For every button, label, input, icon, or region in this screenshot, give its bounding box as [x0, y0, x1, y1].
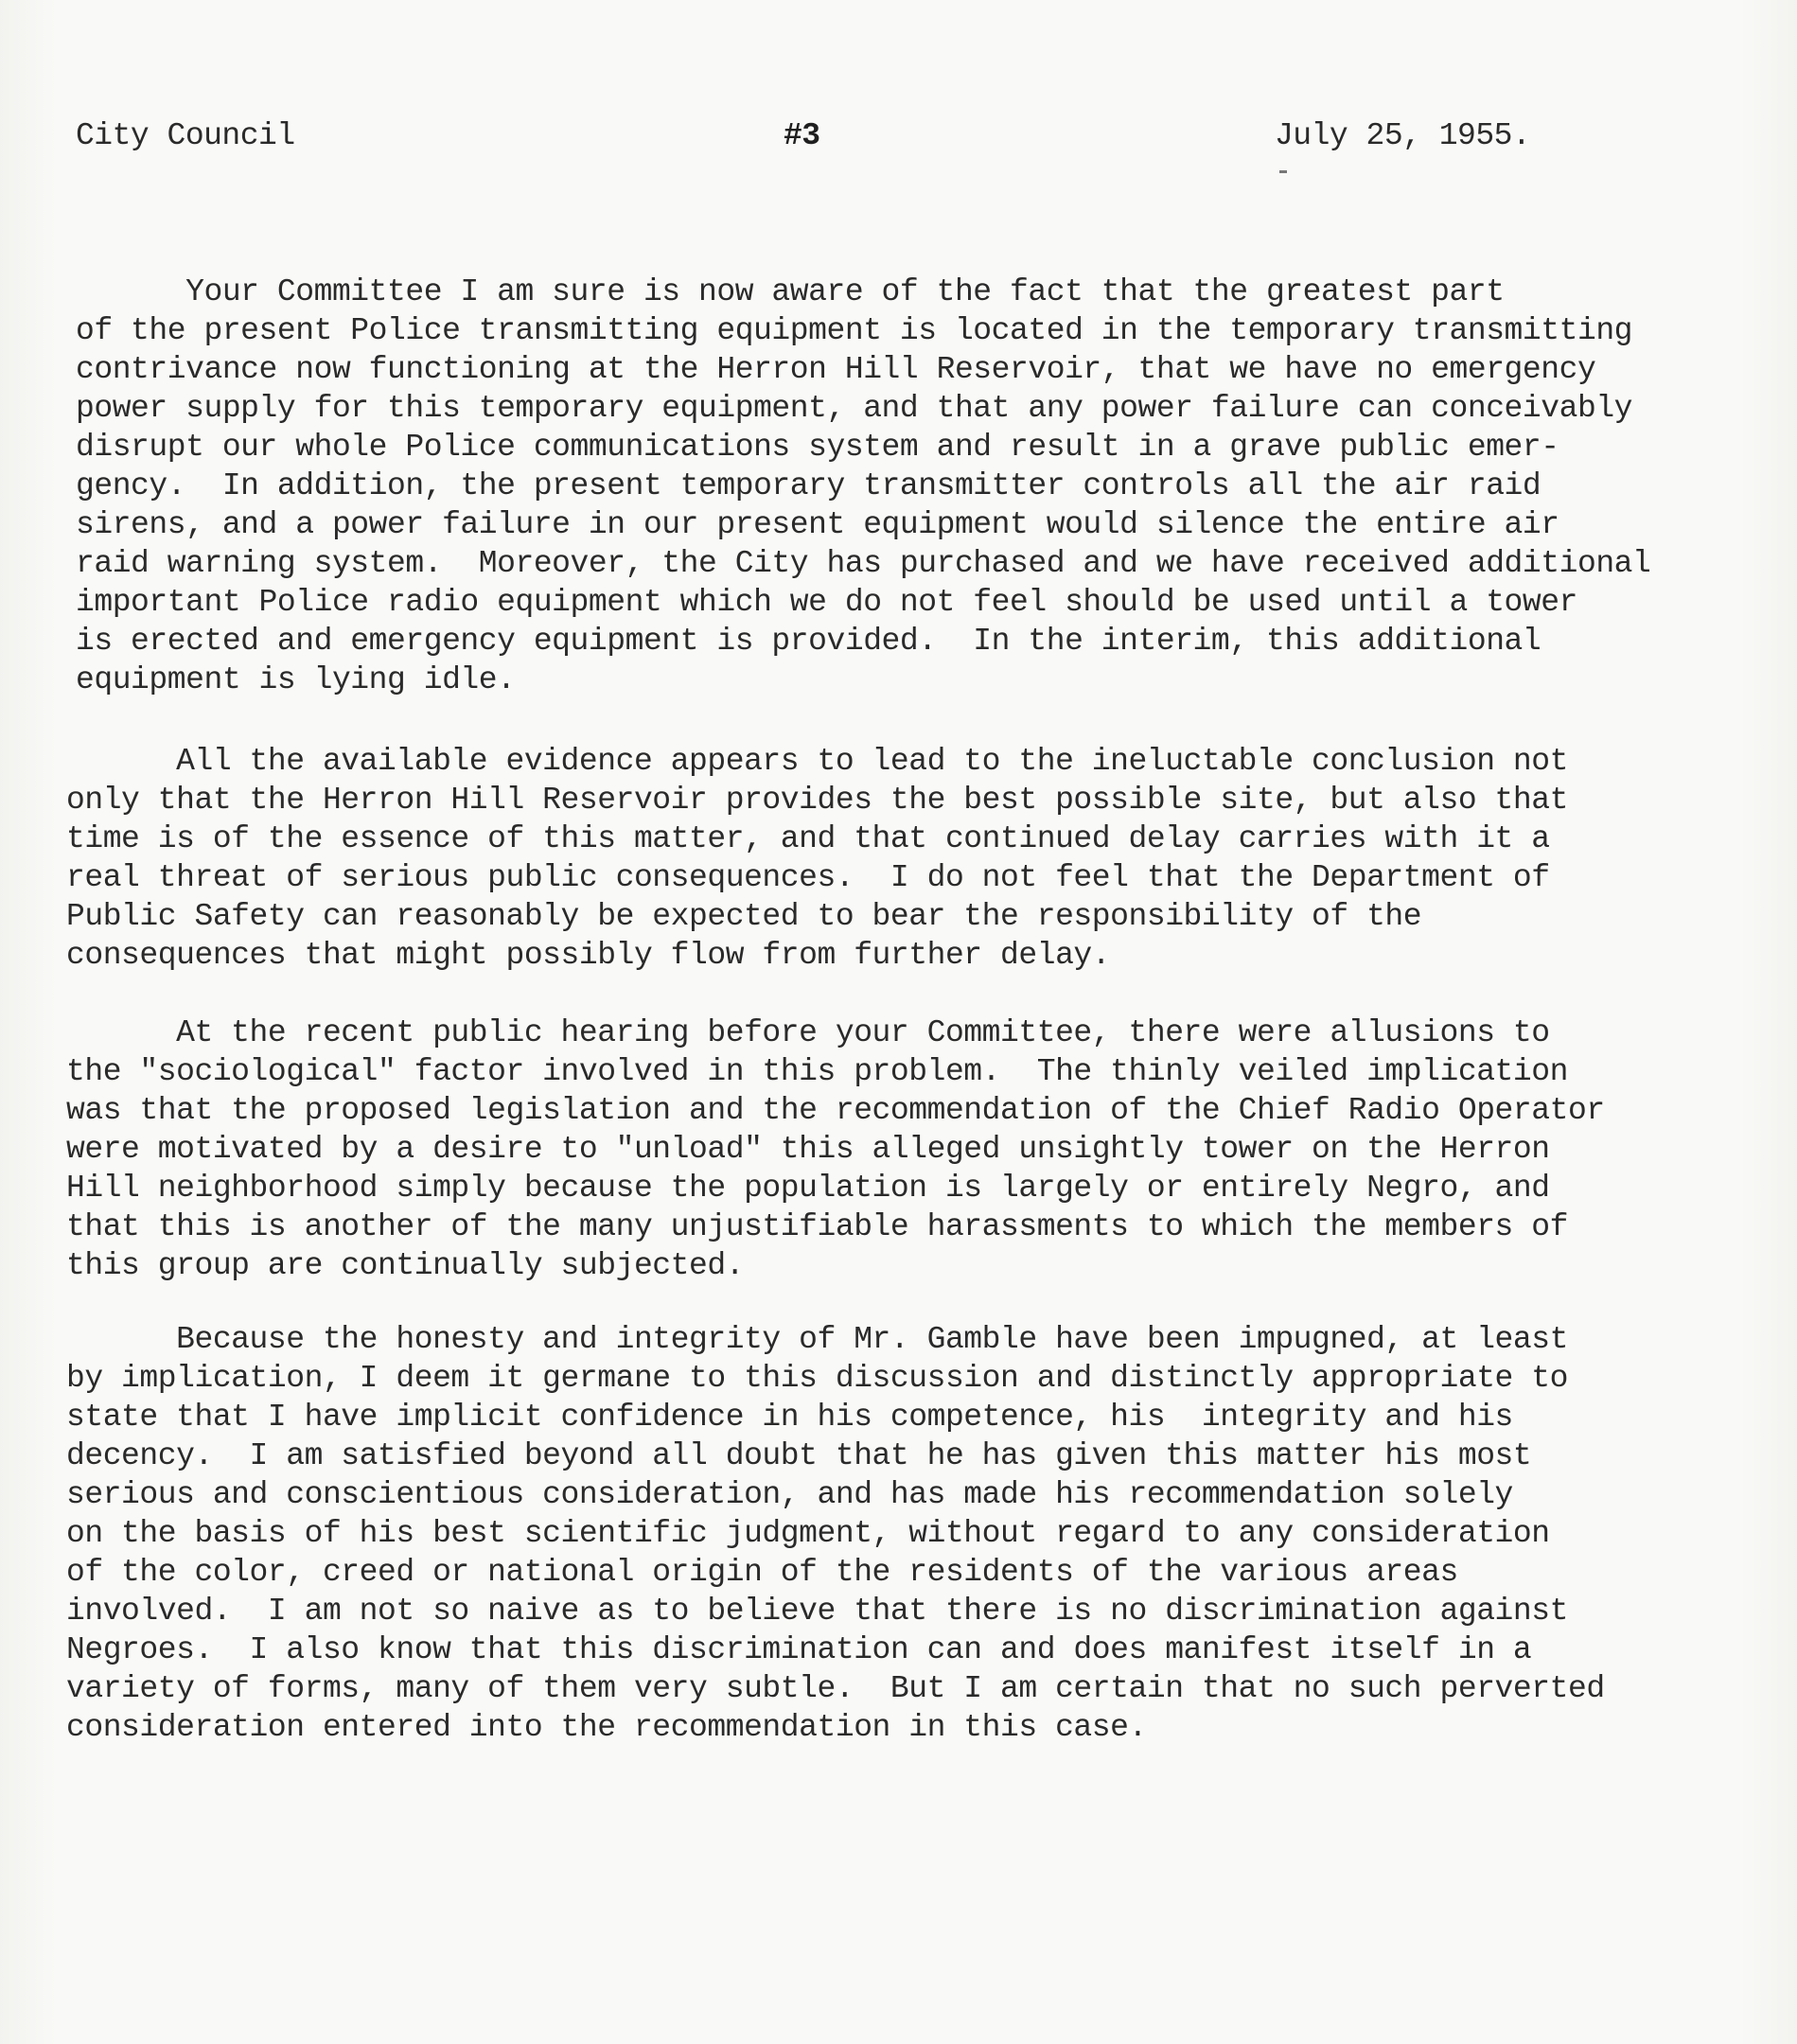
paragraph-2: All the available evidence appears to le…: [66, 742, 1568, 975]
text-line: the "sociological" factor involved in th…: [66, 1052, 1605, 1091]
text-line: by implication, I deem it germane to thi…: [66, 1359, 1605, 1398]
text-line: real threat of serious public consequenc…: [66, 858, 1568, 897]
text-line: involved. I am not so naive as to believ…: [66, 1592, 1605, 1630]
text-line: of the present Police transmitting equip…: [76, 311, 1650, 350]
text-line: contrivance now functioning at the Herro…: [76, 350, 1650, 389]
text-line: was that the proposed legislation and th…: [66, 1091, 1605, 1130]
recipient-label: City Council: [76, 117, 295, 155]
text-line: consequences that might possibly flow fr…: [66, 936, 1568, 975]
text-line: important Police radio equipment which w…: [76, 583, 1650, 622]
text-line: decency. I am satisfied beyond all doubt…: [66, 1436, 1605, 1475]
text-line: All the available evidence appears to le…: [66, 742, 1568, 781]
text-line: this group are continually subjected.: [66, 1246, 1605, 1285]
letter-date: July 25, 1955.: [1275, 117, 1530, 155]
text-line: is erected and emergency equipment is pr…: [76, 622, 1650, 661]
text-line: Negroes. I also know that this discrimin…: [66, 1630, 1605, 1669]
paragraph-4: Because the honesty and integrity of Mr.…: [66, 1320, 1605, 1747]
text-line: raid warning system. Moreover, the City …: [76, 544, 1650, 583]
text-line: Hill neighborhood simply because the pop…: [66, 1169, 1605, 1207]
document-page: City Council #3 July 25, 1955. Your Comm…: [0, 0, 1797, 2044]
text-line: disrupt our whole Police communications …: [76, 428, 1650, 467]
text-line: only that the Herron Hill Reservoir prov…: [66, 781, 1568, 819]
text-line: sirens, and a power failure in our prese…: [76, 505, 1650, 544]
paragraph-3: At the recent public hearing before your…: [66, 1013, 1605, 1285]
text-line: that this is another of the many unjusti…: [66, 1207, 1605, 1246]
page-number: #3: [784, 117, 820, 155]
text-line: gency. In addition, the present temporar…: [76, 467, 1650, 505]
text-line: At the recent public hearing before your…: [66, 1013, 1605, 1052]
text-line: variety of forms, many of them very subt…: [66, 1669, 1605, 1708]
text-line: Because the honesty and integrity of Mr.…: [66, 1320, 1605, 1359]
text-line: Your Committee I am sure is now aware of…: [76, 273, 1650, 311]
letter-header: City Council #3 July 25, 1955.: [0, 117, 1797, 155]
text-line: state that I have implicit confidence in…: [66, 1398, 1605, 1436]
text-line: power supply for this temporary equipmen…: [76, 389, 1650, 428]
text-line: of the color, creed or national origin o…: [66, 1553, 1605, 1592]
text-line: serious and conscientious consideration,…: [66, 1475, 1605, 1514]
text-line: Public Safety can reasonably be expected…: [66, 897, 1568, 936]
text-line: consideration entered into the recommend…: [66, 1708, 1605, 1747]
text-line: were motivated by a desire to "unload" t…: [66, 1130, 1605, 1169]
text-line: time is of the essence of this matter, a…: [66, 819, 1568, 858]
text-line: equipment is lying idle.: [76, 661, 1650, 699]
text-line: on the basis of his best scientific judg…: [66, 1514, 1605, 1553]
paragraph-1: Your Committee I am sure is now aware of…: [76, 273, 1650, 699]
stray-mark: [1279, 170, 1287, 173]
